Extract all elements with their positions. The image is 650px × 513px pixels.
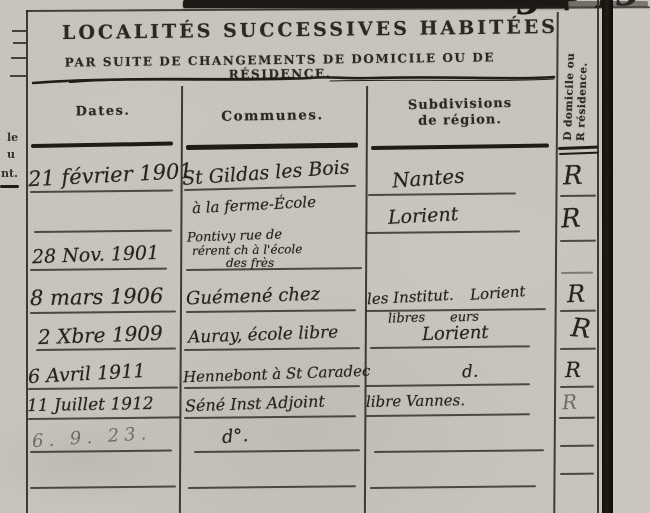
rule-line (560, 445, 594, 447)
margin-tick (10, 75, 26, 77)
date-entry: 28 Nov. 1901 (32, 244, 160, 267)
rule-line (34, 230, 172, 233)
date-entry: 2 Xbre 1909 (38, 323, 163, 347)
rule-line (184, 415, 356, 418)
margin-text-fragment: u (7, 148, 15, 161)
commune-entry: rérent ch à l'école (192, 243, 303, 257)
column-header-dr-line2: R résidence. (575, 21, 592, 141)
rule-line (560, 310, 596, 312)
rule-line (560, 348, 596, 350)
rule-line (366, 413, 530, 416)
rule-line (559, 417, 595, 419)
subdivision-entry: d. (462, 364, 479, 382)
header-rule-dates (31, 142, 173, 148)
subdivision-entry: Nantes (391, 165, 465, 190)
dr-entry: R (567, 282, 586, 307)
subdivision-entry: Lorient (422, 324, 489, 344)
header-rule-dr-1 (558, 146, 598, 150)
date-entry: 6. 9. 23. (32, 425, 152, 451)
header-rule-dr-2 (559, 152, 599, 155)
dr-entry: R (560, 206, 581, 233)
column-header-communes: Communes. (180, 107, 365, 126)
column-header-subdivisions-line2: de région. (365, 111, 555, 130)
commune-entry: Auray, école libre (188, 324, 339, 346)
margin-text-fragment: nt. (1, 167, 18, 180)
scanned-register-page: 3 + 13 – le u nt. LOCALITÉS SUCCESSIVES … (0, 0, 650, 513)
left-margin-divider (26, 10, 28, 513)
commune-entry: St Gildas les Bois (182, 158, 351, 189)
rule-line (184, 385, 360, 388)
commune-entry: Séné Inst Adjoint (185, 394, 325, 415)
margin-tick (11, 57, 26, 59)
margin-text-fragment: le (7, 131, 18, 144)
subdivision-entry: Lorient (470, 284, 526, 303)
right-margin-paper (613, 0, 650, 513)
date-entry: 8 mars 1906 (30, 286, 164, 309)
flourish-rule (30, 70, 558, 88)
rule-line (188, 485, 356, 488)
commune-entry: d°. (221, 427, 249, 447)
dr-entry: R (563, 163, 583, 190)
rule-line (28, 416, 180, 419)
rule-line (560, 240, 596, 242)
date-entry: 11 Juillet 1912 (27, 396, 154, 415)
page-fold-thick-line (602, 0, 613, 513)
subdivision-entry: libres (388, 311, 426, 325)
column-header-dr-rotated: D domicile ou R résidence. (562, 21, 594, 142)
table-border-dates-communes (179, 86, 183, 513)
subdivision-entry: Lorient (388, 205, 459, 228)
subdivision-entry: les Institut. (367, 288, 454, 308)
table-border-right-inner (597, 0, 599, 513)
rule-line (366, 383, 530, 386)
header-rule-subdivisions (371, 144, 549, 150)
commune-entry: à la ferme-École (192, 195, 317, 216)
date-entry: 6 Avril 1911 (28, 362, 146, 387)
margin-rule-stub (0, 185, 19, 188)
commune-entry: des frès (226, 257, 274, 269)
rule-line (560, 386, 594, 388)
commune-entry: Hennebont à St Caradec (183, 364, 371, 386)
rule-line (370, 485, 536, 488)
rule-line (186, 309, 356, 312)
rule-line (184, 347, 360, 350)
dr-entry: R (561, 392, 577, 413)
subdivision-entry: libre Vannes. (366, 393, 465, 410)
rule-line (30, 310, 176, 313)
rule-line (194, 449, 360, 452)
dr-entry: R (565, 360, 581, 381)
rule-line (370, 345, 530, 348)
rule-line (561, 272, 593, 274)
rule-line (560, 195, 596, 197)
rule-line (366, 230, 520, 233)
margin-tick (13, 42, 26, 44)
rule-line (368, 192, 516, 195)
dr-entry: R (570, 315, 592, 343)
margin-tick (12, 30, 26, 32)
page-title: LOCALITÉS SUCCESSIVES HABITÉES (60, 16, 560, 44)
column-header-dates: Dates. (26, 103, 180, 121)
rule-line (374, 449, 544, 452)
rule-line (30, 268, 167, 271)
rule-line (560, 473, 594, 475)
header-rule-communes (186, 143, 358, 150)
rule-line (30, 485, 176, 488)
commune-entry: Guémené chez (186, 286, 321, 309)
date-entry: 21 février 1901 (28, 161, 194, 191)
